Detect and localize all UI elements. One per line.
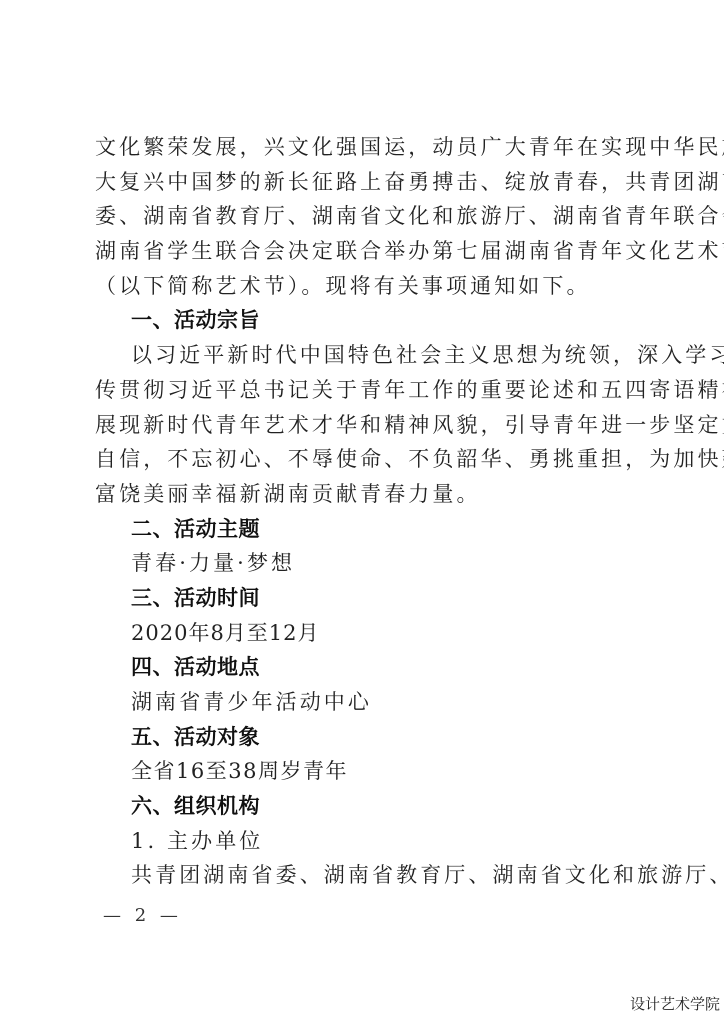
document-body: 文化繁荣发展，兴文化强国运，动员广大青年在实现中华民族伟 大复兴中国梦的新长征路… <box>95 130 635 893</box>
organizer-label: 1. 主办单位 <box>95 824 635 859</box>
section-heading-purpose: 一、活动宗旨 <box>95 303 635 338</box>
paragraph-line: 以习近平新时代中国特色社会主义思想为统领，深入学习宣 <box>95 338 635 373</box>
location-text: 湖南省青少年活动中心 <box>95 685 635 720</box>
participants-text: 全省16至38周岁青年 <box>95 754 635 789</box>
section-heading-location: 四、活动地点 <box>95 650 635 685</box>
paragraph-line: 展现新时代青年艺术才华和精神风貌，引导青年进一步坚定文化 <box>95 408 635 443</box>
time-text: 2020年8月至12月 <box>95 616 635 651</box>
watermark-label: 设计艺术学院 <box>630 993 720 1014</box>
theme-text: 青春·力量·梦想 <box>95 546 635 581</box>
section-heading-theme: 二、活动主题 <box>95 512 635 547</box>
paragraph-line: 富饶美丽幸福新湖南贡献青春力量。 <box>95 477 635 512</box>
paragraph-line: 自信，不忘初心、不辱使命、不负韶华、勇挑重担，为加快建设 <box>95 442 635 477</box>
intro-line: 委、湖南省教育厅、湖南省文化和旅游厅、湖南省青年联合会、 <box>95 199 635 234</box>
intro-line: （以下简称艺术节）。现将有关事项通知如下。 <box>95 269 635 304</box>
intro-line: 湖南省学生联合会决定联合举办第七届湖南省青年文化艺术节 <box>95 234 635 269</box>
page-number: — 2 — <box>103 905 182 926</box>
section-heading-participants: 五、活动对象 <box>95 720 635 755</box>
section-heading-organization: 六、组织机构 <box>95 789 635 824</box>
organizer-text: 共青团湖南省委、湖南省教育厅、湖南省文化和旅游厅、湖 <box>95 858 635 893</box>
document-page: 文化繁荣发展，兴文化强国运，动员广大青年在实现中华民族伟 大复兴中国梦的新长征路… <box>0 0 724 1024</box>
intro-line: 文化繁荣发展，兴文化强国运，动员广大青年在实现中华民族伟 <box>95 130 635 165</box>
intro-line: 大复兴中国梦的新长征路上奋勇搏击、绽放青春，共青团湖南省 <box>95 165 635 200</box>
section-heading-time: 三、活动时间 <box>95 581 635 616</box>
paragraph-line: 传贯彻习近平总书记关于青年工作的重要论述和五四寄语精神， <box>95 373 635 408</box>
